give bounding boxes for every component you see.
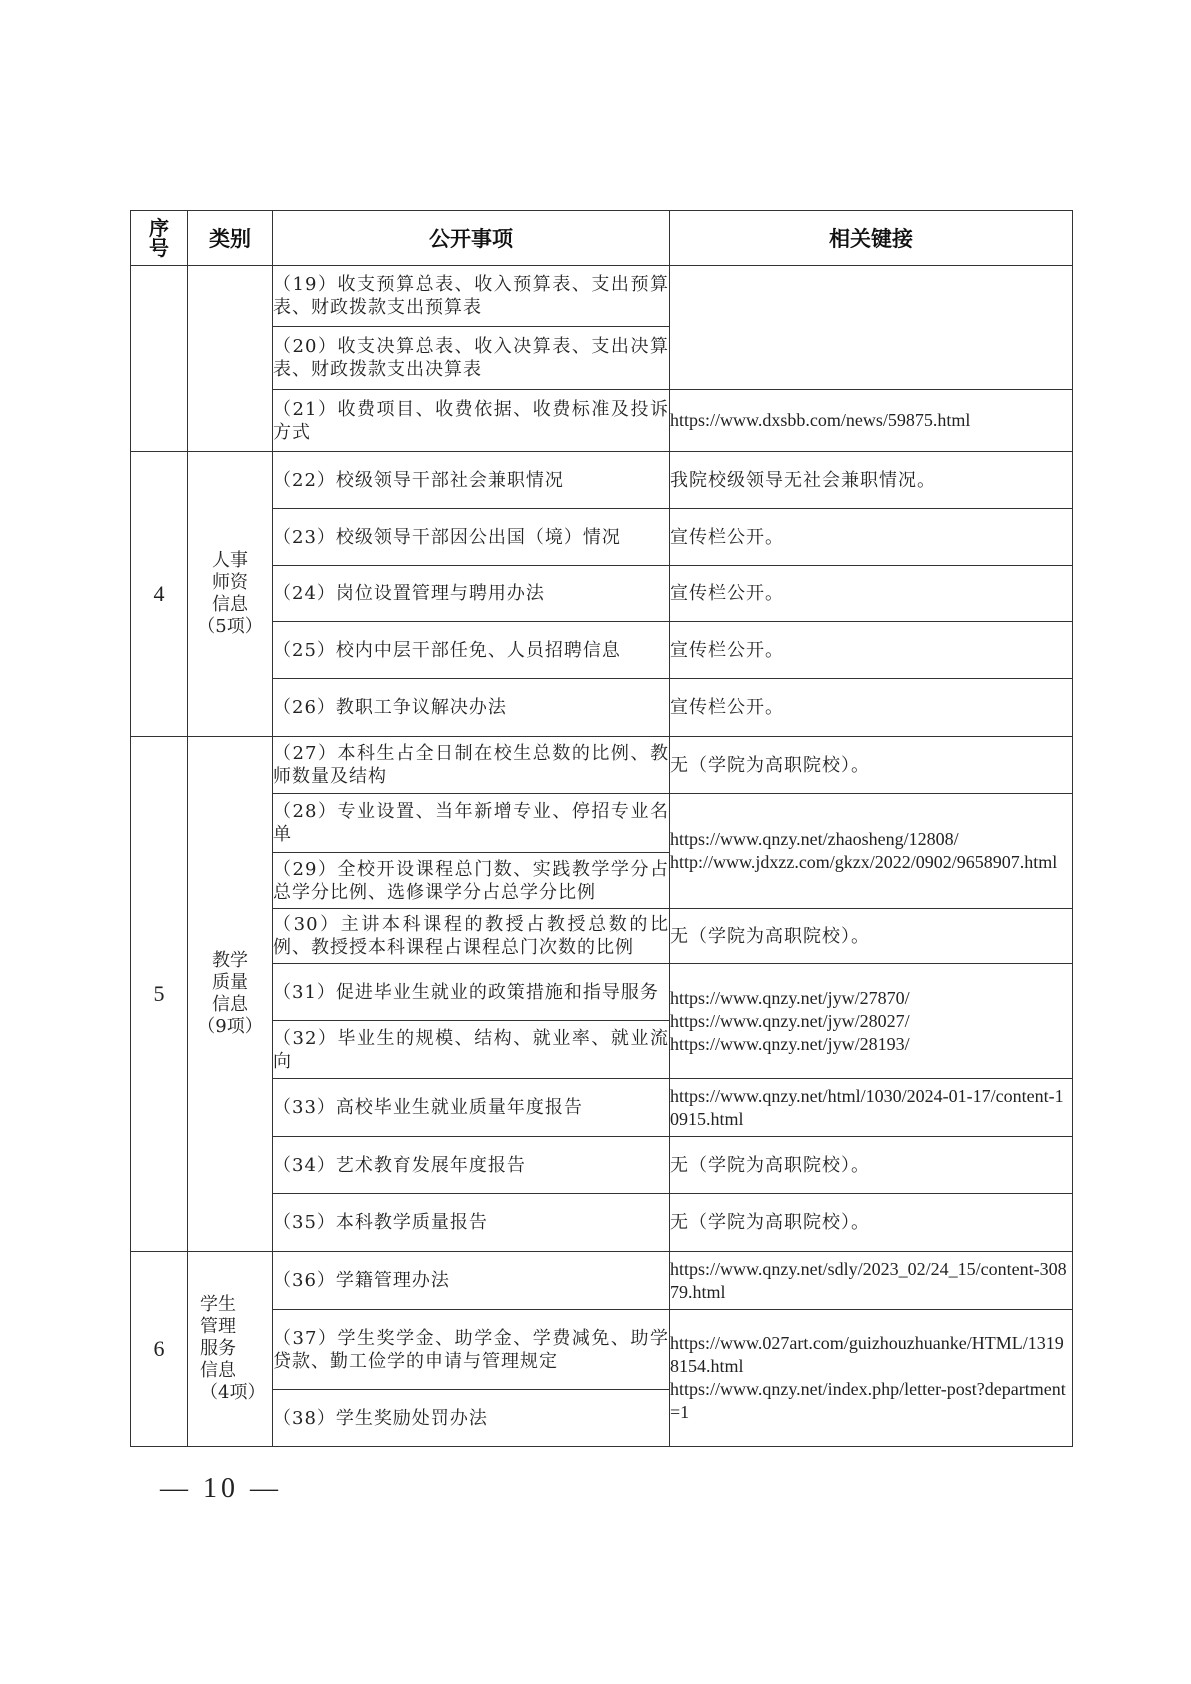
link-cell[interactable]: https://www.qnzy.net/html/1030/2024-01-1… bbox=[670, 1079, 1073, 1137]
item-cell: （32）毕业生的规模、结构、就业率、就业流向 bbox=[273, 1021, 670, 1079]
link-text[interactable]: https://www.027art.com/guizhouzhuanke/HT… bbox=[670, 1332, 1072, 1378]
link-cell: 我院校级领导无社会兼职情况。 bbox=[670, 452, 1073, 509]
item-cell: （38）学生奖励处罚办法 bbox=[273, 1390, 670, 1447]
seq-cell: 4 bbox=[131, 452, 188, 737]
table-row: （24）岗位设置管理与聘用办法 宣传栏公开。 bbox=[131, 566, 1073, 622]
seq-cell: 6 bbox=[131, 1252, 188, 1447]
table-row: （23）校级领导干部因公出国（境）情况 宣传栏公开。 bbox=[131, 509, 1073, 566]
link-text[interactable]: https://www.qnzy.net/jyw/28027/ bbox=[670, 1010, 1072, 1033]
category-cell: 人事 师资 信息 （5项） bbox=[188, 452, 273, 737]
category-cell: 学生 管理 服务 信息 （4项） bbox=[188, 1252, 273, 1447]
link-cell: 无（学院为高职院校）。 bbox=[670, 737, 1073, 794]
document-page: 序号 类别 公开事项 相关键接 （19）收支预算总表、收入预算表、支出预算表、财… bbox=[0, 0, 1191, 1684]
link-cell: 宣传栏公开。 bbox=[670, 566, 1073, 622]
link-cell[interactable]: https://www.027art.com/guizhouzhuanke/HT… bbox=[670, 1310, 1073, 1447]
link-cell: 宣传栏公开。 bbox=[670, 679, 1073, 737]
seq-cell: 5 bbox=[131, 737, 188, 1252]
item-cell: （28）专业设置、当年新增专业、停招专业名单 bbox=[273, 794, 670, 853]
header-item: 公开事项 bbox=[273, 211, 670, 266]
header-link: 相关键接 bbox=[670, 211, 1073, 266]
header-seq: 序号 bbox=[131, 211, 188, 266]
table-header-row: 序号 类别 公开事项 相关键接 bbox=[131, 211, 1073, 266]
item-cell: （35）本科教学质量报告 bbox=[273, 1194, 670, 1252]
header-category: 类别 bbox=[188, 211, 273, 266]
disclosure-table: 序号 类别 公开事项 相关键接 （19）收支预算总表、收入预算表、支出预算表、财… bbox=[130, 210, 1073, 1447]
link-text[interactable]: https://www.dxsbb.com/news/59875.html bbox=[670, 410, 970, 430]
category-cell bbox=[188, 266, 273, 452]
item-cell: （21）收费项目、收费依据、收费标准及投诉方式 bbox=[273, 390, 670, 452]
item-cell: （37）学生奖学金、助学金、学费减免、助学贷款、勤工俭学的申请与管理规定 bbox=[273, 1310, 670, 1390]
table-row: （37）学生奖学金、助学金、学费减免、助学贷款、勤工俭学的申请与管理规定 htt… bbox=[131, 1310, 1073, 1390]
item-cell: （33）高校毕业生就业质量年度报告 bbox=[273, 1079, 670, 1137]
link-text[interactable]: http://www.jdxzz.com/gkzx/2022/0902/9658… bbox=[670, 851, 1072, 874]
link-cell: 宣传栏公开。 bbox=[670, 509, 1073, 566]
link-text[interactable]: https://www.qnzy.net/jyw/28193/ bbox=[670, 1033, 1072, 1056]
link-text[interactable]: https://www.qnzy.net/index.php/letter-po… bbox=[670, 1378, 1072, 1424]
item-cell: （30）主讲本科课程的教授占教授总数的比例、教授授本科课程占课程总门次数的比例 bbox=[273, 909, 670, 964]
item-cell: （31）促进毕业生就业的政策措施和指导服务 bbox=[273, 964, 670, 1021]
link-text[interactable]: https://www.qnzy.net/html/1030/2024-01-1… bbox=[670, 1086, 1064, 1129]
table-row: 4 人事 师资 信息 （5项） （22）校级领导干部社会兼职情况 我院校级领导无… bbox=[131, 452, 1073, 509]
link-cell[interactable]: https://www.qnzy.net/sdly/2023_02/24_15/… bbox=[670, 1252, 1073, 1310]
item-cell: （23）校级领导干部因公出国（境）情况 bbox=[273, 509, 670, 566]
table-row: （34）艺术教育发展年度报告 无（学院为高职院校）。 bbox=[131, 1137, 1073, 1194]
table-row: （33）高校毕业生就业质量年度报告 https://www.qnzy.net/h… bbox=[131, 1079, 1073, 1137]
table-row: 6 学生 管理 服务 信息 （4项） （36）学籍管理办法 https://ww… bbox=[131, 1252, 1073, 1310]
link-text[interactable]: https://www.qnzy.net/jyw/27870/ bbox=[670, 987, 1072, 1010]
link-cell: 无（学院为高职院校）。 bbox=[670, 1137, 1073, 1194]
link-cell[interactable]: https://www.dxsbb.com/news/59875.html bbox=[670, 390, 1073, 452]
table-row: （25）校内中层干部任免、人员招聘信息 宣传栏公开。 bbox=[131, 622, 1073, 679]
table-row: （19）收支预算总表、收入预算表、支出预算表、财政拨款支出预算表 bbox=[131, 266, 1073, 327]
item-cell: （22）校级领导干部社会兼职情况 bbox=[273, 452, 670, 509]
link-text[interactable]: https://www.qnzy.net/zhaosheng/12808/ bbox=[670, 828, 1072, 851]
item-cell: （26）教职工争议解决办法 bbox=[273, 679, 670, 737]
table-row: （30）主讲本科课程的教授占教授总数的比例、教授授本科课程占课程总门次数的比例 … bbox=[131, 909, 1073, 964]
link-cell[interactable]: https://www.qnzy.net/jyw/27870/ https://… bbox=[670, 964, 1073, 1079]
table-row: （31）促进毕业生就业的政策措施和指导服务 https://www.qnzy.n… bbox=[131, 964, 1073, 1021]
table-row: （21）收费项目、收费依据、收费标准及投诉方式 https://www.dxsb… bbox=[131, 390, 1073, 452]
item-cell: （27）本科生占全日制在校生总数的比例、教师数量及结构 bbox=[273, 737, 670, 794]
table-row: （35）本科教学质量报告 无（学院为高职院校）。 bbox=[131, 1194, 1073, 1252]
link-cell: 无（学院为高职院校）。 bbox=[670, 1194, 1073, 1252]
item-cell: （36）学籍管理办法 bbox=[273, 1252, 670, 1310]
link-cell: 宣传栏公开。 bbox=[670, 622, 1073, 679]
item-cell: （34）艺术教育发展年度报告 bbox=[273, 1137, 670, 1194]
link-text[interactable]: https://www.qnzy.net/sdly/2023_02/24_15/… bbox=[670, 1259, 1067, 1302]
table-row: （26）教职工争议解决办法 宣传栏公开。 bbox=[131, 679, 1073, 737]
item-cell: （24）岗位设置管理与聘用办法 bbox=[273, 566, 670, 622]
table-row: 5 教学 质量 信息 （9项） （27）本科生占全日制在校生总数的比例、教师数量… bbox=[131, 737, 1073, 794]
page-number: — 10 — bbox=[160, 1473, 282, 1505]
seq-cell bbox=[131, 266, 188, 452]
link-cell[interactable]: https://www.qnzy.net/zhaosheng/12808/ ht… bbox=[670, 794, 1073, 909]
category-cell: 教学 质量 信息 （9项） bbox=[188, 737, 273, 1252]
item-cell: （25）校内中层干部任免、人员招聘信息 bbox=[273, 622, 670, 679]
item-cell: （29）全校开设课程总门数、实践教学学分占总学分比例、选修课学分占总学分比例 bbox=[273, 853, 670, 909]
link-cell bbox=[670, 266, 1073, 390]
table-row: （28）专业设置、当年新增专业、停招专业名单 https://www.qnzy.… bbox=[131, 794, 1073, 853]
item-cell: （19）收支预算总表、收入预算表、支出预算表、财政拨款支出预算表 bbox=[273, 266, 670, 327]
link-cell: 无（学院为高职院校）。 bbox=[670, 909, 1073, 964]
item-cell: （20）收支决算总表、收入决算表、支出决算表、财政拨款支出决算表 bbox=[273, 327, 670, 390]
